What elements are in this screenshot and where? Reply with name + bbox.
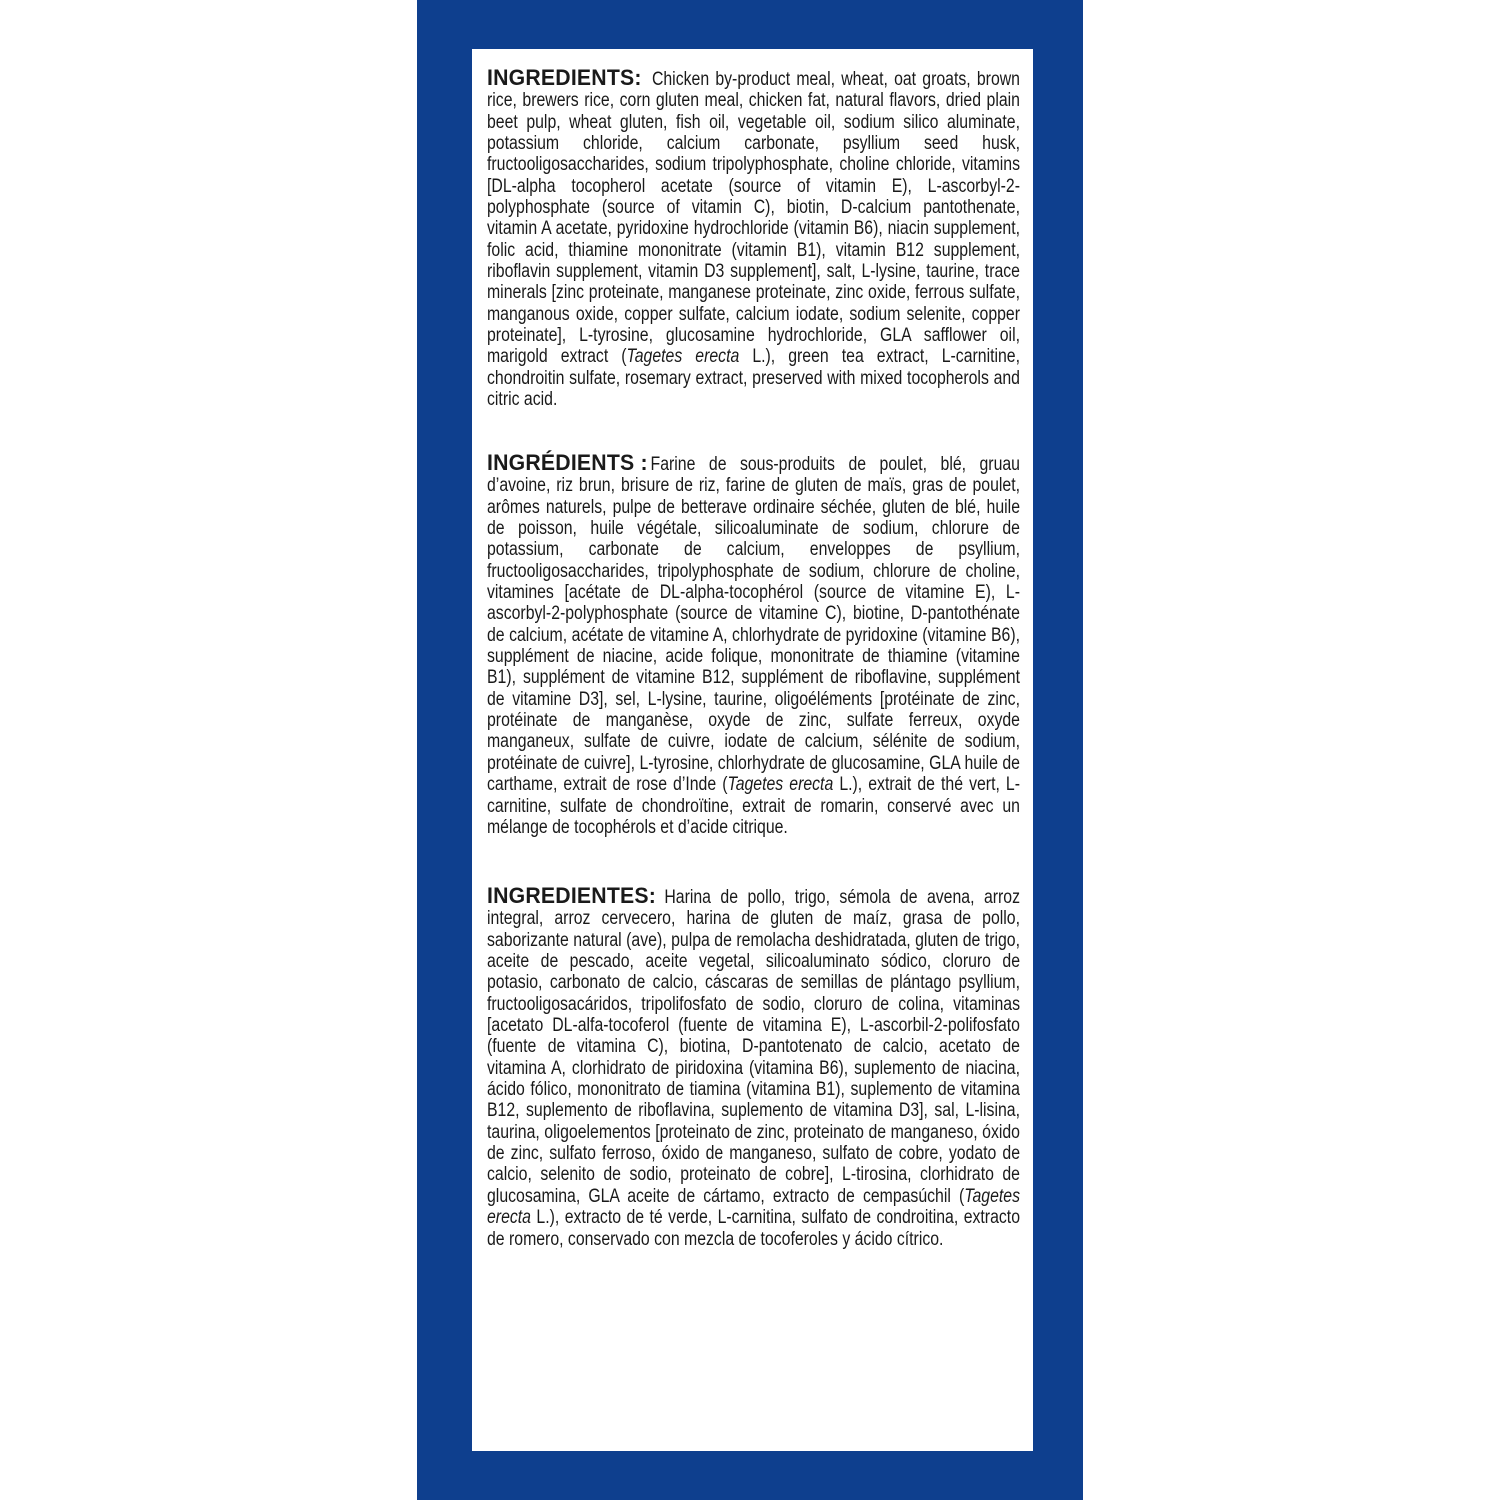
ingredients-french-body: Farine de sous-produits de poulet, blé, … <box>487 454 1020 795</box>
ingredients-french-heading: INGRÉDIENTS : <box>487 452 648 473</box>
ingredients-english: INGREDIENTS:Chicken by-product meal, whe… <box>487 67 1020 411</box>
ingredients-english-text: INGREDIENTS:Chicken by-product meal, whe… <box>487 67 1020 411</box>
ingredients-label: INGREDIENTS:Chicken by-product meal, whe… <box>472 49 1033 1451</box>
ingredients-spanish: INGREDIENTES:Harina de pollo, trigo, sém… <box>487 885 1020 1250</box>
botanical-name: Tagetes erecta <box>727 774 833 795</box>
ingredients-french-text: INGRÉDIENTS :Farine de sous-produits de … <box>487 452 1020 838</box>
ingredients-spanish-text: INGREDIENTES:Harina de pollo, trigo, sém… <box>487 885 1020 1250</box>
ingredients-english-body: Chicken by-product meal, wheat, oat groa… <box>487 69 1020 367</box>
ingredients-spanish-heading: INGREDIENTES: <box>487 885 656 906</box>
ingredients-english-heading: INGREDIENTS: <box>487 67 642 88</box>
ingredients-spanish-body: Harina de pollo, trigo, sémola de avena,… <box>487 887 1020 1207</box>
botanical-name: Tagetes erecta <box>627 346 740 367</box>
ingredients-french: INGRÉDIENTS :Farine de sous-produits de … <box>487 452 1020 838</box>
blue-package-panel: INGREDIENTS:Chicken by-product meal, whe… <box>417 0 1083 1500</box>
ingredients-spanish-body-end: L.), extracto de té verde, L-carnitina, … <box>487 1207 1020 1249</box>
